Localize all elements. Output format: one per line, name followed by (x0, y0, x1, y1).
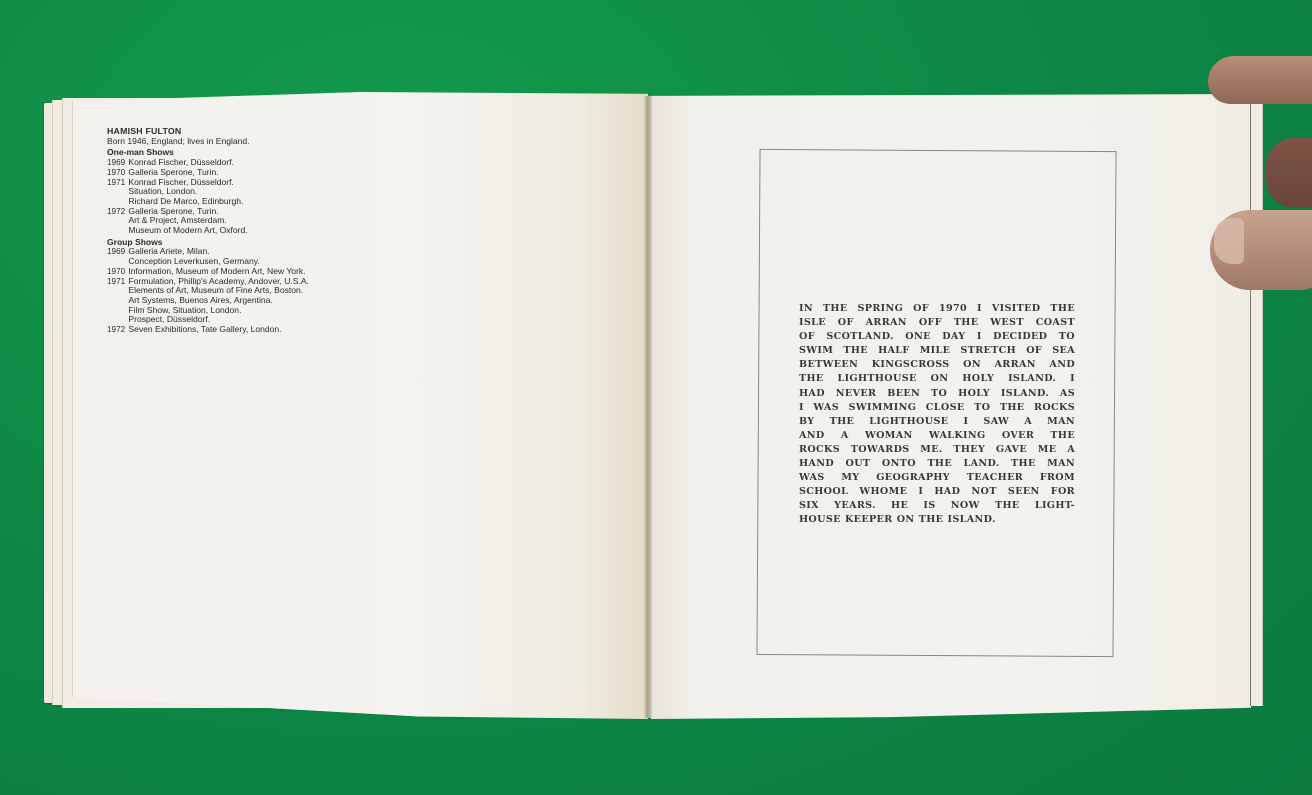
thumb-nail (1214, 218, 1244, 264)
story-line: I WAS SWIMMING CLOSE TO THE ROCKS (799, 401, 1075, 415)
exhibition-venue: Museum of Modern Art, Oxford. (128, 226, 247, 236)
story-line: HAND OUT ONTO THE LAND. THE MAN (799, 457, 1075, 471)
exhibition-year: 1969 (107, 158, 128, 168)
exhibition-venue: Seven Exhibitions, Tate Gallery, London. (128, 325, 281, 335)
exhibition-year: 1969 (107, 247, 128, 257)
exhibition-entry: 1972Seven Exhibitions, Tate Gallery, Lon… (107, 325, 413, 335)
hand-holding-page (1200, 50, 1312, 310)
artist-biography: HAMISH FULTON Born 1946, England; lives … (107, 127, 413, 335)
exhibition-year: 1972 (107, 325, 128, 335)
exhibition-year: 1971 (107, 277, 128, 287)
exhibition-year (107, 226, 128, 236)
book-gutter (644, 96, 652, 718)
exhibition-year: 1972 (107, 207, 128, 217)
story-line: WAS MY GEOGRAPHY TEACHER FROM (799, 471, 1075, 485)
exhibition-year: 1971 (107, 178, 128, 188)
exhibition-year: 1970 (107, 267, 128, 277)
story-line: BY THE LIGHTHOUSE I SAW A MAN (799, 415, 1075, 429)
story-line: ISLE OF ARRAN OFF THE WEST COAST (799, 316, 1075, 330)
exhibition-year (107, 296, 128, 306)
exhibition-year: 1970 (107, 168, 128, 178)
open-book: HAMISH FULTON Born 1946, England; lives … (0, 0, 1312, 795)
exhibition-entry: Museum of Modern Art, Oxford. (107, 226, 413, 236)
story-text: IN THE SPRING OF 1970 I VISITED THE ISLE… (799, 302, 1075, 528)
exhibition-year (107, 286, 128, 296)
story-line: AND A WOMAN WALKING OVER THE (799, 429, 1075, 443)
story-line: THE LIGHTHOUSE ON HOLY ISLAND. I (799, 372, 1075, 386)
story-line: IN THE SPRING OF 1970 I VISITED THE (799, 302, 1075, 316)
story-line: SCHOOL WHOME I HAD NOT SEEN FOR (799, 485, 1075, 499)
story-line: SWIM THE HALF MILE STRETCH OF SEA (799, 344, 1075, 358)
group-shows-list: 1969Galleria Ariete, Milan. Conception L… (107, 247, 413, 334)
exhibition-year (107, 187, 128, 197)
artist-bio-line: Born 1946, England; lives in England. (107, 137, 413, 147)
middle-finger (1266, 138, 1312, 208)
exhibition-year (107, 216, 128, 226)
story-line: SIX YEARS. HE IS NOW THE LIGHT- (799, 499, 1075, 513)
story-line: HOUSE KEEPER ON THE ISLAND. (799, 513, 1075, 527)
index-finger (1208, 56, 1312, 104)
story-line: OF SCOTLAND. ONE DAY I DECIDED TO (799, 330, 1075, 344)
exhibition-year (107, 315, 128, 325)
exhibition-year (107, 197, 128, 207)
story-line: HAD NEVER BEEN TO HOLY ISLAND. AS (799, 387, 1075, 401)
story-line: ROCKS TOWARDS ME. THEY GAVE ME A (799, 443, 1075, 457)
story-line: BETWEEN KINGSCROSS ON ARRAN AND (799, 358, 1075, 372)
exhibition-year (107, 306, 128, 316)
one-man-shows-list: 1969Konrad Fischer, Düsseldorf. 1970Gall… (107, 158, 413, 236)
exhibition-year (107, 257, 128, 267)
